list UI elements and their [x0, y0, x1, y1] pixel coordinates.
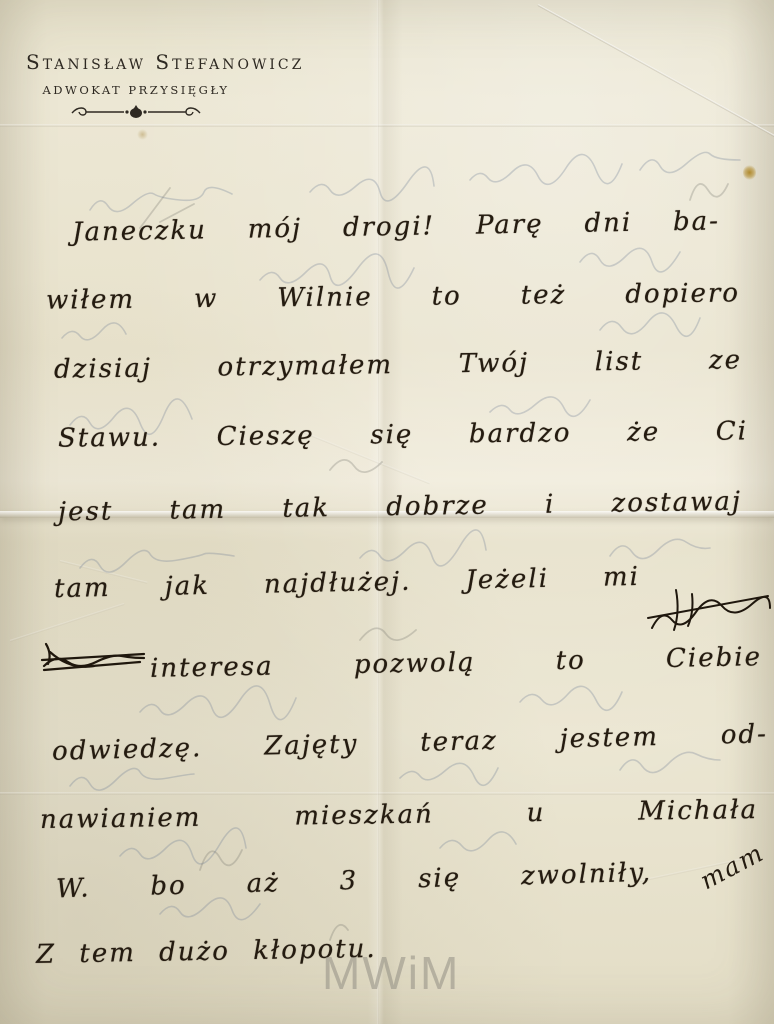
letterhead-title: Adwokat Przysięgły: [26, 83, 246, 97]
handwritten-marginal-word: mam: [695, 838, 769, 896]
handwritten-line: wiłem w Wilnie to też dopiero: [46, 278, 740, 315]
handwritten-line: Janeczku mój drogi! Parę dni ba-: [72, 206, 720, 247]
handwritten-line: dzisiaj otrzymałem Twój list ze: [54, 345, 742, 385]
paper-stain: [743, 165, 756, 180]
handwritten-line: Stawu. Cieszę się bardzo że Ci: [58, 416, 748, 453]
handwritten-line: tam jak najdłużej. Jeżeli mi: [54, 562, 640, 604]
handwritten-line: W. bo aż 3 się zwolniły,: [56, 858, 653, 905]
handwritten-line: odwiedzę. Zajęty teraz jestem od-: [52, 719, 769, 766]
letterhead-flourish-icon: [66, 104, 206, 122]
letterhead: Stanisław Stefanowicz Adwokat Przysięgły: [26, 50, 246, 126]
handwritten-line: nawianiem mieszkań u Michała: [40, 795, 758, 835]
handwritten-line: interesa pozwolą to Ciebie: [150, 642, 762, 684]
watermark: MWiM: [322, 946, 460, 1000]
handwritten-line: jest tam tak dobrze i zostawaj: [58, 487, 742, 528]
paper-stain: [137, 129, 148, 140]
letterhead-name: Stanisław Stefanowicz: [26, 50, 246, 74]
letter-page: Stanisław Stefanowicz Adwokat Przysięgły…: [0, 0, 774, 1024]
paper-wrinkle: [10, 603, 125, 642]
paper-crease-horizontal-bottom: [0, 792, 774, 795]
crossed-out-word-scribble: [40, 638, 152, 682]
inserted-word-scribble: [646, 584, 774, 644]
paper-crease-diagonal: [538, 4, 774, 138]
